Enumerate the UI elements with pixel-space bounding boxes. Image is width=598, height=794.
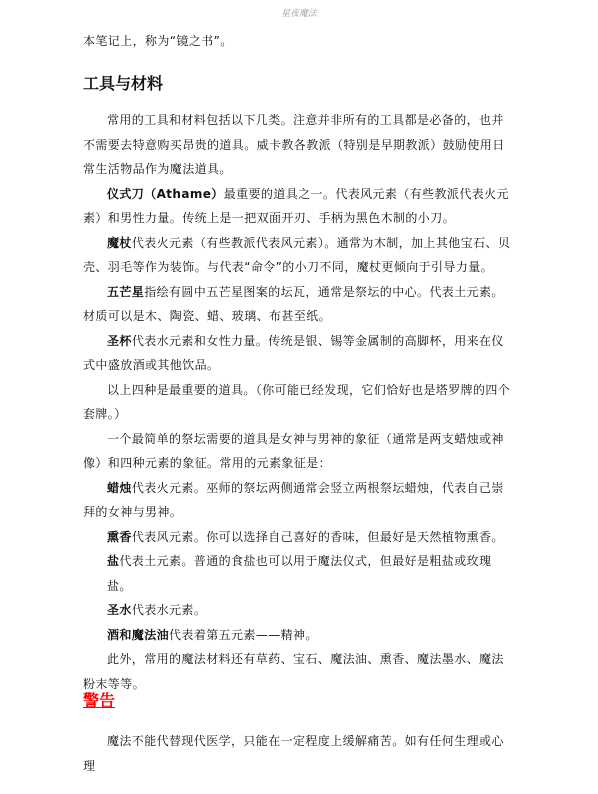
running-header: 星夜魔法 xyxy=(0,6,598,19)
paragraph-text: 常用的工具和材料包括以下几类。注意并非所有的工具都是必备的，也并不需要去特意购买… xyxy=(83,113,505,176)
bold-term: 蜡烛 xyxy=(107,481,132,495)
intro-line: 本笔记上，称为“镜之书”。 xyxy=(83,29,233,54)
closing-paragraph: 此外，常用的魔法材料还有草药、宝石、魔法油、熏香、魔法墨水、魔法粉末等等。 xyxy=(83,647,515,696)
tools-section-body: 常用的工具和材料包括以下几类。注意并非所有的工具都是必备的，也并不需要去特意购买… xyxy=(83,108,515,696)
paragraph: 魔法不能代替现代医学，只能在一定程度上缓解痛苦。如有任何生理或心理 xyxy=(83,729,515,778)
paragraph-text: 一个最简单的祭坛需要的道具是女神与男神的象征（通常是两支蜡烛或神像）和四种元素的… xyxy=(83,432,504,471)
paragraph-text: 魔法不能代替现代医学，只能在一定程度上缓解痛苦。如有任何生理或心理 xyxy=(83,734,504,773)
paragraph-text: 代表火元素（有些教派代表风元素）。通常为木制，加上其他宝石、贝壳、羽毛等作为装饰… xyxy=(83,236,510,275)
paragraph: 常用的工具和材料包括以下几类。注意并非所有的工具都是必备的，也并不需要去特意购买… xyxy=(83,108,515,182)
list-item-text: 代表土元素。普通的食盐也可以用于魔法仪式，但最好是粗盐或玫瑰盐。 xyxy=(107,554,491,593)
warning-section-body: 魔法不能代替现代医学，只能在一定程度上缓解痛苦。如有任何生理或心理 xyxy=(83,729,515,778)
paragraph: 魔杖代表火元素（有些教派代表风元素）。通常为木制，加上其他宝石、贝壳、羽毛等作为… xyxy=(83,231,515,280)
bold-term: 仪式刀（Athame） xyxy=(107,187,224,201)
list-item-text: 代表着第五元素——精神。 xyxy=(169,628,318,642)
list-item-text: 代表风元素。你可以选择自己喜好的香味，但最好是天然植物熏香。 xyxy=(132,530,504,544)
section-heading-tools: 工具与材料 xyxy=(83,71,163,94)
paragraph: 蜡烛代表火元素。巫师的祭坛两侧通常会竖立两根祭坛蜡烛，代表自己崇拜的女神与男神。 xyxy=(83,476,515,525)
paragraph: 圣杯代表水元素和女性力量。传统是银、锡等金属制的高脚杯，用来在仪式中盛放酒或其他… xyxy=(83,329,515,378)
bold-term: 熏香 xyxy=(107,530,132,544)
section-heading-warning: 警告 xyxy=(83,688,115,711)
paragraph-text: 代表水元素和女性力量。传统是银、锡等金属制的高脚杯，用来在仪式中盛放酒或其他饮品… xyxy=(83,334,504,373)
paragraph: 一个最简单的祭坛需要的道具是女神与男神的象征（通常是两支蜡烛或神像）和四种元素的… xyxy=(83,427,515,476)
paragraph: 仪式刀（Athame）最重要的道具之一。代表风元素（有些教派代表火元素）和男性力… xyxy=(83,182,515,231)
list-item: 盐代表土元素。普通的食盐也可以用于魔法仪式，但最好是粗盐或玫瑰盐。 xyxy=(83,549,515,598)
list-item: 熏香代表风元素。你可以选择自己喜好的香味，但最好是天然植物熏香。 xyxy=(83,525,515,550)
paragraph: 五芒星指绘有圆中五芒星图案的坛瓦，通常是祭坛的中心。代表土元素。材质可以是木、陶… xyxy=(83,280,515,329)
bold-term: 圣水 xyxy=(107,603,132,617)
bold-term: 魔杖 xyxy=(107,236,132,250)
paragraph-text: 以上四种是最重要的道具。（你可能已经发现，它们恰好也是塔罗牌的四个套牌。） xyxy=(83,383,510,422)
paragraph-text: 指绘有圆中五芒星图案的坛瓦，通常是祭坛的中心。代表土元素。材质可以是木、陶瓷、蜡… xyxy=(83,285,504,324)
list-item: 酒和魔法油代表着第五元素——精神。 xyxy=(83,623,515,648)
bold-term: 五芒星 xyxy=(107,285,144,299)
bold-term: 酒和魔法油 xyxy=(107,628,169,642)
list-item-text: 代表水元素。 xyxy=(132,603,206,617)
bold-term: 圣杯 xyxy=(107,334,132,348)
bold-term: 盐 xyxy=(107,554,119,568)
paragraph-text: 代表火元素。巫师的祭坛两侧通常会竖立两根祭坛蜡烛，代表自己崇拜的女神与男神。 xyxy=(83,481,504,520)
list-item: 圣水代表水元素。 xyxy=(83,598,515,623)
paragraph: 以上四种是最重要的道具。（你可能已经发现，它们恰好也是塔罗牌的四个套牌。） xyxy=(83,378,515,427)
